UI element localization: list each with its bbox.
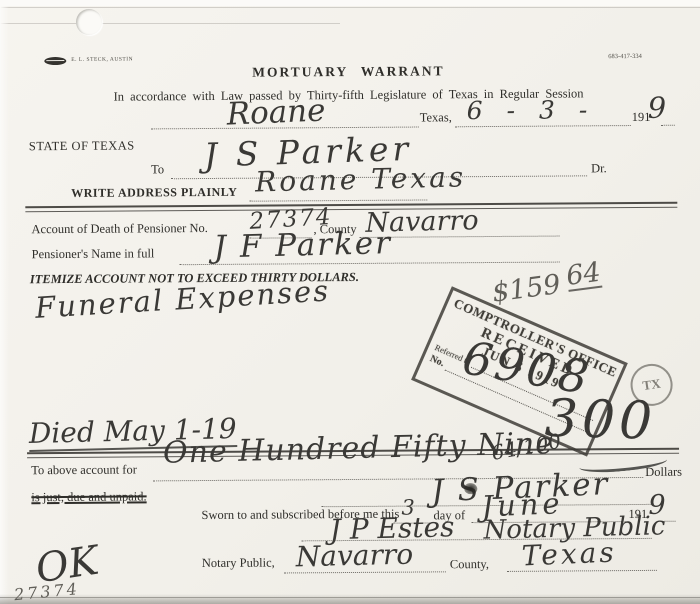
write-address-label: WRITE ADDRESS PLAINLY xyxy=(71,185,237,201)
just-due-label: is just, due and unpaid. xyxy=(31,489,146,505)
ink-blot xyxy=(464,483,477,494)
pencil-amount-cents: 64 xyxy=(565,259,603,292)
handwritten-city: Roane xyxy=(226,95,326,130)
address-line xyxy=(249,198,427,201)
to-label: To xyxy=(151,162,164,177)
pensioner-name-label: Pensioner's Name in full xyxy=(32,246,155,262)
handwritten-address: Roane Texas xyxy=(255,163,467,196)
paper-bottom-shadow xyxy=(0,594,700,604)
printer-mark: E. L. STECK, AUSTIN xyxy=(71,57,133,63)
notary-public-label: Notary Public, xyxy=(202,556,275,572)
section-divider-top xyxy=(25,202,677,213)
printer-union-label-icon xyxy=(44,57,66,65)
handwritten-pensioner-name: J F Parker xyxy=(213,228,392,263)
dollars-label: Dollars xyxy=(645,465,682,480)
texas-label: Texas, xyxy=(420,110,452,125)
state-of-texas-label: STATE OF TEXAS xyxy=(29,138,135,154)
form-title: MORTUARY WARRANT xyxy=(0,62,698,83)
mortuary-warrant-form: E. L. STECK, AUSTIN 683-417-334 MORTUARY… xyxy=(0,0,700,604)
account-no-label: Account of Death of Pensioner No. xyxy=(31,221,207,237)
to-above-label: To above account for xyxy=(31,462,137,478)
pencil-amount-dollars: $159 xyxy=(490,269,562,309)
county-label-2: County, xyxy=(450,557,489,572)
handwritten-notary-state: Texas xyxy=(521,539,617,571)
handwritten-year-digit: 9 xyxy=(648,94,667,123)
handwritten-amount-large: 300 xyxy=(544,393,657,448)
handwritten-date: 6 - 3 - xyxy=(467,97,596,123)
handwritten-notary-county: Navarro xyxy=(295,541,413,572)
scanned-document: E. L. STECK, AUSTIN 683-417-334 MORTUARY… xyxy=(0,0,700,604)
handwritten-pencil-amount: $15964 xyxy=(490,266,603,309)
date-line-end xyxy=(661,124,675,126)
dr-label: Dr. xyxy=(591,161,607,176)
form-number: 683-417-334 xyxy=(608,53,642,60)
